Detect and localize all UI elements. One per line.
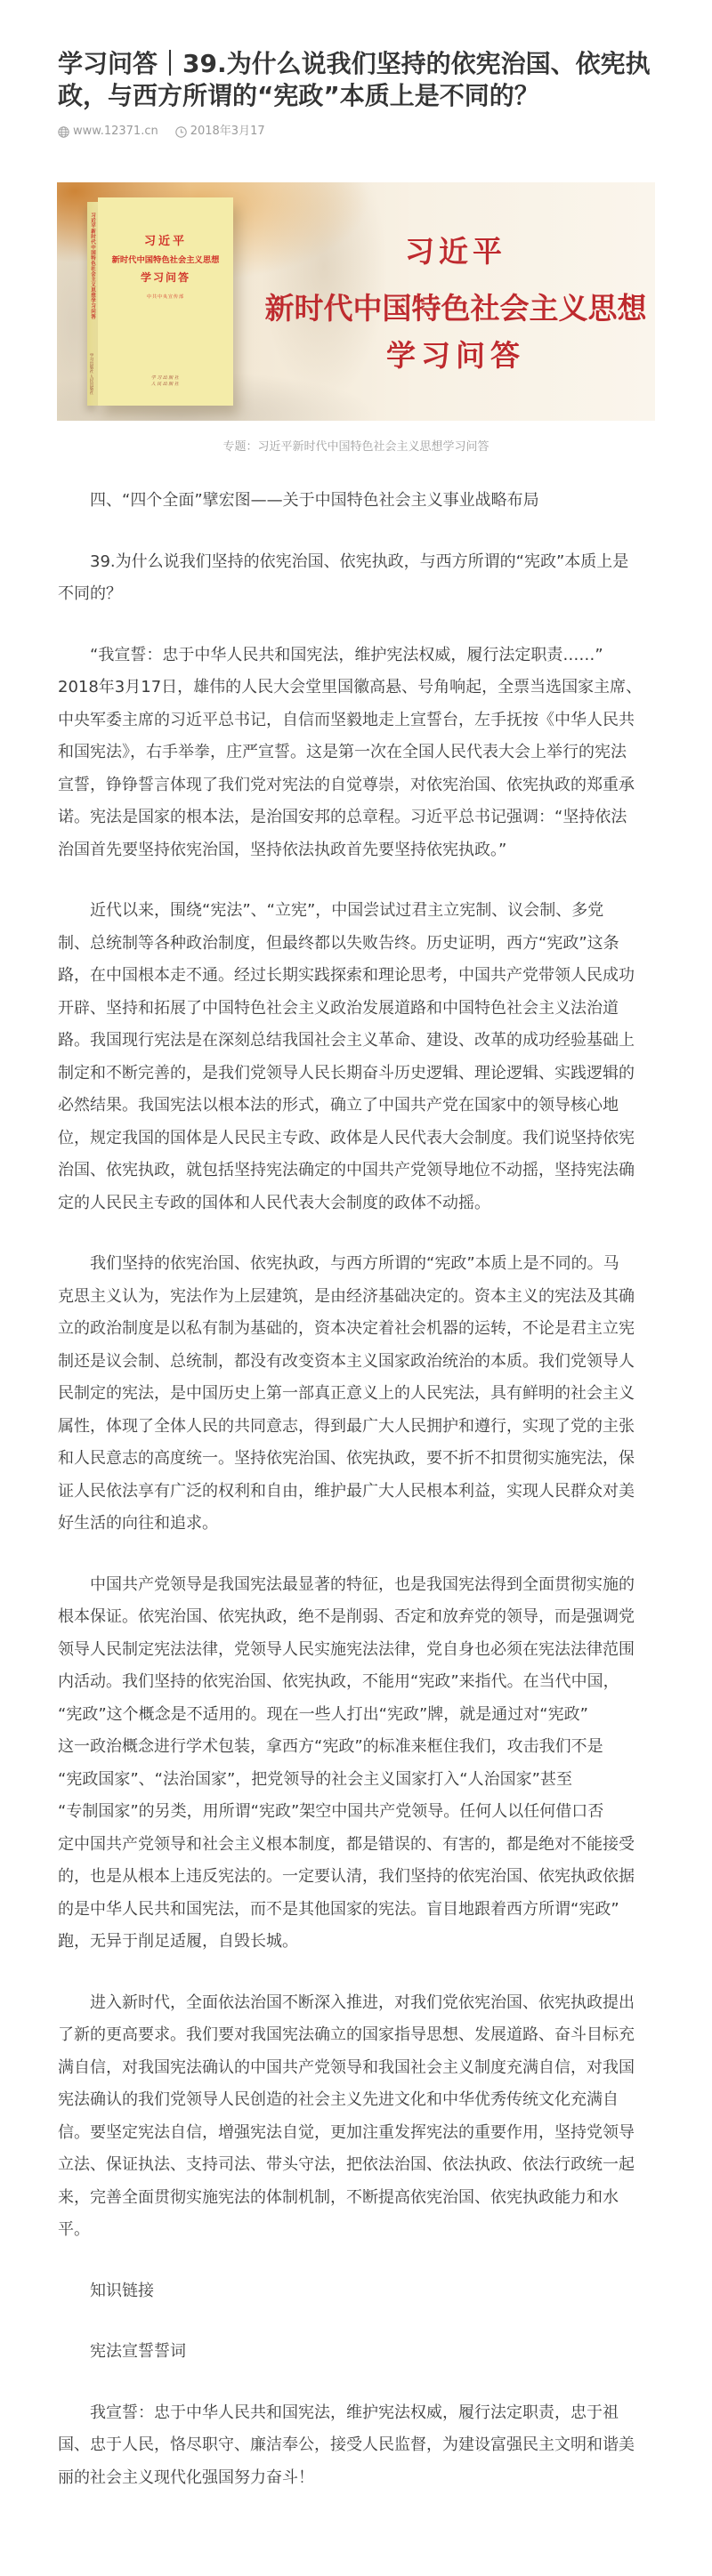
paragraph-line: 民制定的宪法，是中国历史上第一部真正意义上的人民宪法，具有鲜明的社会主义 <box>58 1378 681 1411</box>
paragraph-line: 国、忠于人民，恪尽职守、廉洁奉公，接受人民监督，为建设富强民主文明和谐美 <box>58 2429 681 2462</box>
paragraph-line: 2018年3月17日，雄伟的人民大会堂里国徽高悬、号角响起，全票当选国家主席、 <box>58 672 681 704</box>
article-source: www.12371.cn <box>58 123 158 141</box>
publish-date: 2018年3月17 <box>175 123 265 141</box>
paragraph-line: 立法、保证执法、支持司法、带头守法，把依法治国、依法执政、依法行政统一起 <box>58 2149 681 2182</box>
banner-image: 习近平新时代中国特色社会主义思想学习问答 学习出版社 人民出版社 习近平 新时代… <box>57 182 655 421</box>
paragraph-line: 宪法宣誓誓词 <box>58 2336 681 2369</box>
source-text: www.12371.cn <box>73 123 158 141</box>
paragraph-line: 平。 <box>58 2214 681 2247</box>
question: 39.为什么说我们坚持的依宪治国、依宪执政，与西方所谓的“宪政”本质上是不同的？ <box>58 546 681 611</box>
paragraph-line: 证人民依法享有广泛的权利和自由，维护最广大人民根本利益，实现人民群众对美 <box>58 1476 681 1509</box>
paragraph-line: 内活动。我们坚持的依宪治国、依宪执政，不能用“宪政”来指代。在当代中国， <box>58 1666 681 1699</box>
paragraph-line: 跑，无异于削足适履，自毁长城。 <box>58 1926 681 1959</box>
date-text: 2018年3月17 <box>190 123 265 141</box>
paragraph-line: 的，也是从根本上违反宪法的。一定要认清，我们坚持的依宪治国、依宪执政依据 <box>58 1861 681 1894</box>
paragraph-line: 必然结果。我国宪法以根本法的形式，确立了中国共产党在国家中的领导核心地 <box>58 1090 681 1123</box>
paragraph-line: 好生活的向往和追求。 <box>58 1508 681 1541</box>
cover-publisher: 学习出版社 <box>98 375 233 381</box>
banner-headline-line: 新时代中国特色社会主义思想 <box>263 291 648 326</box>
paragraph-line: 知识链接 <box>58 2275 681 2308</box>
article-title: 学习问答｜39.为什么说我们坚持的依宪治国、依宪执 政，与西方所谓的“宪政”本质… <box>58 48 672 112</box>
paragraph-line: 路。我国现行宪法是在深刻总结我国社会主义革命、建设、改革的成功经验基础上 <box>58 1025 681 1058</box>
section-heading: 四、“四个全面”擘宏图——关于中国特色社会主义事业战略布局 <box>58 485 681 518</box>
paragraph-line: “专制国家”的另类，用所谓“宪政”架空中国共产党领导。任何人以任何借口否 <box>58 1796 681 1829</box>
paragraph-line: 制定和不断完善的，是我们党领导人民长期奋斗历史逻辑、理论逻辑、实践逻辑的 <box>58 1058 681 1091</box>
paragraph-line: 我们坚持的依宪治国、依宪执政，与西方所谓的“宪政”本质上是不同的。马 <box>58 1248 681 1281</box>
paragraph-line: 属性，体现了全体人民的共同意志，得到最广大人民拥护和遵行，实现了党的主张 <box>58 1411 681 1444</box>
paragraph-line: 满自信，对我国宪法确认的中国共产党领导和我国社会主义制度充满自信，对我国 <box>58 2052 681 2085</box>
banner-headline-line: 学习问答 <box>263 338 648 374</box>
book-spine: 习近平新时代中国特色社会主义思想学习问答 学习出版社 人民出版社 <box>87 202 98 406</box>
book-cover: 习近平 新时代中国特色社会主义思想 学习问答 中共中央宣传部 学习出版社 人民出… <box>98 197 233 406</box>
paragraph-line: 制、总统制等各种政治制度，但最终都以失败告终。历史证明，西方“宪政”这条 <box>58 928 681 961</box>
oath-text: 我宣誓：忠于中华人民共和国宪法，维护宪法权威，履行法定职责，忠于祖国、忠于人民，… <box>58 2397 681 2495</box>
paragraph-line: 诺。宪法是国家的根本法，是治国安邦的总章程。习近平总书记强调：“坚持依法 <box>58 801 681 834</box>
paragraph-line: 和人民意志的高度统一。坚持依宪治国、依宪执政，要不折不扣贯彻实施宪法，保 <box>58 1443 681 1476</box>
paragraph-line: 克思主义认为，宪法作为上层建筑，是由经济基础决定的。资本主义的宪法及其确 <box>58 1281 681 1314</box>
paragraph-line: 和国宪法》，右手举拳，庄严宣誓。这是第一次在全国人民代表大会上举行的宪法 <box>58 737 681 769</box>
article-body: 四、“四个全面”擘宏图——关于中国特色社会主义事业战略布局39.为什么说我们坚持… <box>58 485 681 2494</box>
paragraph-line: 领导人民制定宪法法律，党领导人民实施宪法法律，党自身也必须在宪法法律范围 <box>58 1634 681 1667</box>
paragraph-line: 丽的社会主义现代化强国努力奋斗！ <box>58 2462 681 2495</box>
paragraph: 中国共产党领导是我国宪法最显著的特征，也是我国宪法得到全面贯彻实施的根本保证。依… <box>58 1569 681 1959</box>
cover-title: 新时代中国特色社会主义思想 <box>98 255 233 266</box>
paragraph-line: 近代以来，围绕“宪法”、“立宪”，中国尝试过君主立宪制、议会制、多党 <box>58 895 681 928</box>
paragraph-line: 信。要坚定宪法自信，增强宪法自觉，更加注重发挥宪法的重要作用，坚持党领导 <box>58 2117 681 2150</box>
oath-heading: 宪法宣誓誓词 <box>58 2336 681 2369</box>
paragraph: 近代以来，围绕“宪法”、“立宪”，中国尝试过君主立宪制、议会制、多党制、总统制等… <box>58 895 681 1220</box>
paragraph-line: 39.为什么说我们坚持的依宪治国、依宪执政，与西方所谓的“宪政”本质上是 <box>58 546 681 579</box>
paragraph-line: 路，在中国根本走不通。经过长期实践探索和理论思考，中国共产党带领人民成功 <box>58 960 681 993</box>
globe-icon <box>58 126 69 138</box>
paragraph-line: 定中国共产党领导和社会主义根本制度，都是错误的、有害的，都是绝对不能接受 <box>58 1829 681 1862</box>
paragraph-line: 位，规定我国的国体是人民民主专政、政体是人民代表大会制度。我们说坚持依宪 <box>58 1123 681 1155</box>
paragraph-line: “我宣誓：忠于中华人民共和国宪法，维护宪法权威，履行法定职责……” <box>58 640 681 672</box>
banner-headline-line: 习近平 <box>263 234 648 270</box>
paragraph-line: 中央军委主席的习近平总书记，自信而坚毅地走上宣誓台，左手抚按《中华人民共 <box>58 704 681 737</box>
paragraph-line: 根本保证。依宪治国、依宪执政，绝不是削弱、否定和放弃党的领导，而是强调党 <box>58 1601 681 1634</box>
paragraph-line: 中国共产党领导是我国宪法最显著的特征，也是我国宪法得到全面贯彻实施的 <box>58 1569 681 1602</box>
paragraph-line: 不同的？ <box>58 578 681 611</box>
paragraph-line: 治国首先要坚持依宪治国，坚持依法执政首先要坚持依宪执政。” <box>58 834 681 867</box>
paragraph-line: 四、“四个全面”擘宏图——关于中国特色社会主义事业战略布局 <box>58 485 681 518</box>
spine-title: 习近平新时代中国特色社会主义思想学习问答 <box>89 213 96 319</box>
paragraph-line: 进入新时代，全面依法治国不断深入推进，对我们党依宪治国、依宪执政提出 <box>58 1987 681 2020</box>
spine-publishers: 学习出版社 人民出版社 <box>89 353 93 394</box>
paragraph-line: 制还是议会制、总统制，都没有改变资本主义国家政治统治的本质。我们党领导人 <box>58 1346 681 1379</box>
paragraph-line: 开辟、坚持和拓展了中国特色社会主义政治发展道路和中国特色社会主义法治道 <box>58 993 681 1026</box>
paragraph: 我们坚持的依宪治国、依宪执政，与西方所谓的“宪政”本质上是不同的。马克思主义认为… <box>58 1248 681 1541</box>
cover-author: 习近平 <box>98 235 233 249</box>
paragraph-line: 立的政治制度是以私有制为基础的，资本决定着社会机器的运转，不论是君主立宪 <box>58 1313 681 1346</box>
article-meta: www.12371.cn 2018年3月17 <box>58 123 712 141</box>
article-page: 学习问答｜39.为什么说我们坚持的依宪治国、依宪执 政，与西方所谓的“宪政”本质… <box>0 0 712 2576</box>
cover-publisher: 人民出版社 <box>98 382 233 387</box>
paragraph-line: 治国、依宪执政，就包括坚持宪法确定的中国共产党领导地位不动摇，坚持宪法确 <box>58 1155 681 1187</box>
banner-caption: 专题：习近平新时代中国特色社会主义思想学习问答 <box>57 439 655 456</box>
title-line: 政，与西方所谓的“宪政”本质上是不同的？ <box>58 80 672 112</box>
paragraph-line: “宪政”这个概念是不适用的。现在一些人打出“宪政”牌，就是通过对“宪政” <box>58 1699 681 1732</box>
paragraph-line: “宪政国家”、“法治国家”，把党领导的社会主义国家打入“人治国家”甚至 <box>58 1764 681 1797</box>
paragraph-line: 这一政治概念进行学术包装，拿西方“宪政”的标准来框住我们，攻击我们不是 <box>58 1731 681 1764</box>
paragraph-line: 来，完善全面贯彻实施宪法的体制机制，不断提高依宪治国、依宪执政能力和水 <box>58 2182 681 2215</box>
paragraph-line: 宪法确认的我们党领导人民创造的社会主义先进文化和中华优秀传统文化充满自 <box>58 2084 681 2117</box>
clock-icon <box>175 126 187 138</box>
paragraph-line: 的是中华人民共和国宪法，而不是其他国家的宪法。盲目地跟着西方所谓“宪政” <box>58 1894 681 1927</box>
paragraph-line: 宣誓，铮铮誓言体现了我们党对宪法的自觉尊崇，对依宪治国、依宪执政的郑重承 <box>58 769 681 802</box>
cover-editor: 中共中央宣传部 <box>98 294 233 300</box>
paragraph: 进入新时代，全面依法治国不断深入推进，对我们党依宪治国、依宪执政提出了新的更高要… <box>58 1987 681 2247</box>
paragraph: “我宣誓：忠于中华人民共和国宪法，维护宪法权威，履行法定职责……”2018年3月… <box>58 640 681 867</box>
knowledge-link-heading: 知识链接 <box>58 2275 681 2308</box>
book-image: 习近平新时代中国特色社会主义思想学习问答 学习出版社 人民出版社 习近平 新时代… <box>87 197 235 407</box>
title-line: 学习问答｜39.为什么说我们坚持的依宪治国、依宪执 <box>58 48 672 80</box>
paragraph-line: 了新的更高要求。我们要对我国宪法确立的国家指导思想、发展道路、奋斗目标充 <box>58 2019 681 2052</box>
paragraph-line: 定的人民民主专政的国体和人民代表大会制度的政体不动摇。 <box>58 1187 681 1220</box>
paragraph-line: 我宣誓：忠于中华人民共和国宪法，维护宪法权威，履行法定职责，忠于祖 <box>58 2397 681 2430</box>
cover-subtitle: 学习问答 <box>98 271 233 284</box>
